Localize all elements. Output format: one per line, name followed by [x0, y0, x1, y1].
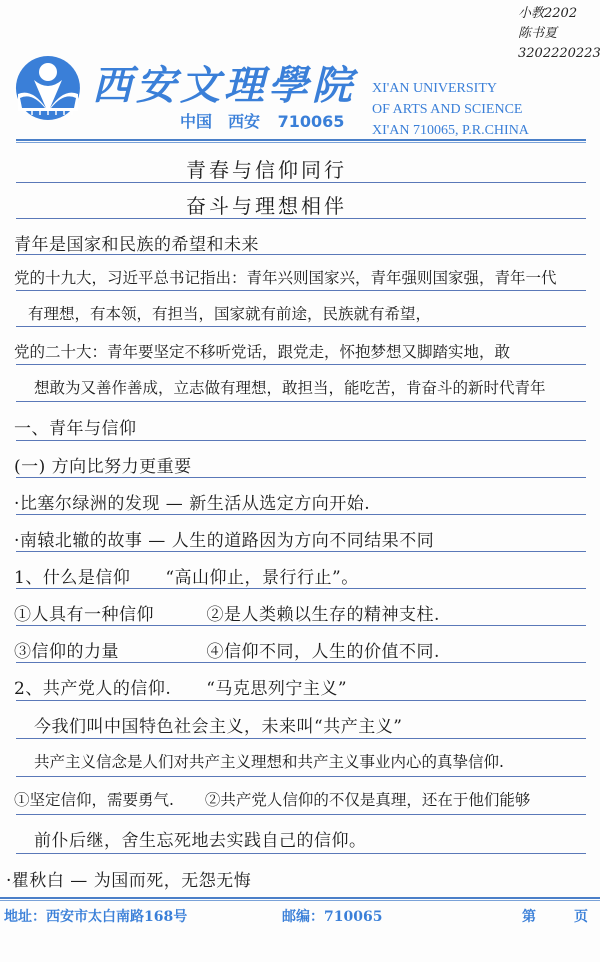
student-class: 小教2202: [518, 4, 600, 24]
document-title: 青春与信仰同行: [186, 154, 347, 183]
section-heading: 一、青年与信仰: [14, 414, 137, 439]
student-name: 陈书夏: [518, 24, 600, 44]
ruled-line: [16, 588, 586, 589]
school-name-chinese: 西安文理學院: [92, 54, 356, 111]
text-line: ①坚定信仰，需要勇气. ②共产党人信仰的不仅是真理，还在于他们能够: [14, 788, 530, 810]
text-line: ·南辕北辙的故事 — 人生的道路因为方向不同结果不同: [14, 526, 434, 551]
ruled-line: [16, 364, 586, 365]
school-name-english: XI'AN UNIVERSITY OF ARTS AND SCIENCE XI'…: [372, 78, 529, 141]
student-info-note: 小教2202 陈书夏 3202220223: [518, 4, 600, 64]
school-name-en-line-3: XI'AN 710065, P.R.CHINA: [372, 120, 529, 141]
ruled-line: [16, 401, 586, 402]
text-line: ①人具有一种信仰 ②是人类赖以生存的精神支柱.: [14, 600, 440, 625]
footer-divider: [0, 897, 600, 901]
text-line: 前仆后继，舍生忘死地去实践自己的信仰。: [34, 826, 367, 851]
ruled-line: [16, 326, 586, 327]
subsection-heading: (一) 方向比努力更重要: [14, 452, 192, 477]
text-line: 党的十九大，习近平总书记指出：青年兴则国家兴，青年强则国家强，青年一代: [14, 266, 557, 288]
text-line: 想敢为又善作善成，立志做有理想，敢担当，能吃苦，肯奋斗的新时代青年: [34, 376, 546, 398]
school-name-en-line-1: XI'AN UNIVERSITY: [372, 78, 529, 99]
sprout-logo-icon: [14, 54, 82, 136]
ruled-line: [16, 440, 586, 441]
footer-page-prefix: 第: [522, 906, 536, 926]
text-line: 共产主义信念是人们对共产主义理想和共产主义事业内心的真挚信仰.: [34, 750, 504, 772]
footer-page-suffix: 页: [574, 906, 588, 926]
text-line: ③信仰的力量 ④信仰不同，人生的价值不同.: [14, 637, 440, 662]
ruled-line: [16, 662, 586, 663]
ruled-line: [16, 776, 586, 777]
ruled-line: [16, 477, 586, 478]
ruled-line: [16, 290, 586, 291]
ruled-line: [16, 814, 586, 815]
text-line: 2、共产党人的信仰. “马克思列宁主义”: [14, 674, 347, 699]
letter-paper-page: 西安文理學院 中国 西安 710065 XI'AN UNIVERSITY OF …: [0, 0, 600, 962]
ruled-line: [16, 738, 586, 739]
ruled-line: [16, 700, 586, 701]
text-line: 1、什么是信仰 “高山仰止，景行行止”。: [14, 563, 359, 588]
school-location-chinese: 中国 西安 710065: [180, 109, 344, 132]
text-line: ·比塞尔绿洲的发现 — 新生活从选定方向开始.: [14, 489, 370, 514]
ruled-line: [16, 514, 586, 515]
ruled-line: [16, 551, 586, 552]
footer-postcode: 邮编：710065: [282, 906, 382, 926]
header-divider: [16, 139, 586, 143]
text-line: ·瞿秋白 — 为国而死，无怨无悔: [6, 866, 251, 891]
text-line: 今我们叫中国特色社会主义，未来叫“共产主义”: [34, 712, 402, 737]
document-subtitle: 奋斗与理想相伴: [186, 190, 347, 219]
text-line: 有理想，有本领，有担当，国家就有前途，民族就有希望，: [28, 302, 431, 324]
footer-address: 地址：西安市太白南路168号: [4, 906, 187, 926]
student-id: 3202220223: [518, 44, 600, 64]
ruled-line: [16, 625, 586, 626]
school-name-en-line-2: OF ARTS AND SCIENCE: [372, 99, 529, 120]
text-line: 青年是国家和民族的希望和未来: [14, 230, 259, 255]
text-line: 党的二十大：青年要坚定不移听党话，跟党走，怀抱梦想又脚踏实地，敢: [14, 340, 510, 362]
ruled-line: [16, 853, 586, 854]
